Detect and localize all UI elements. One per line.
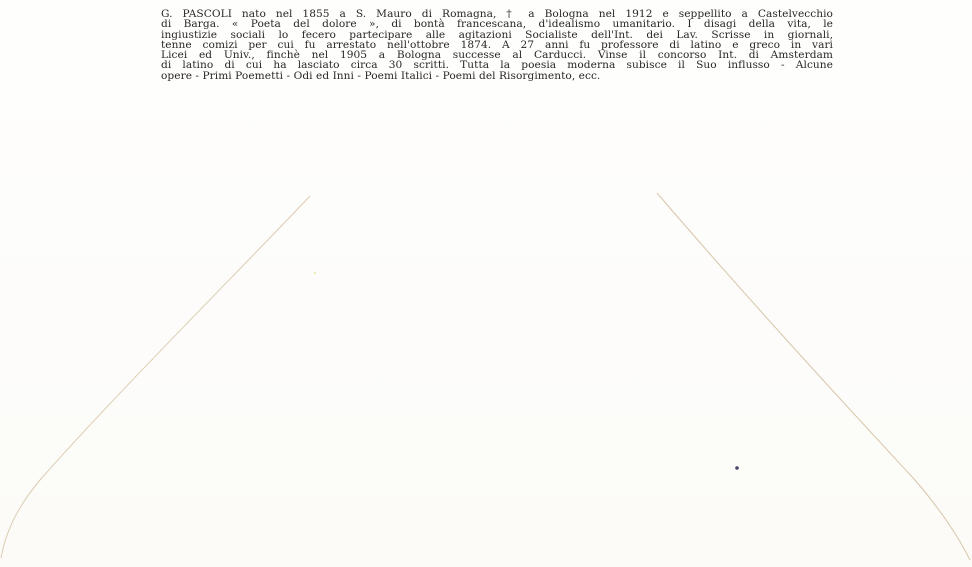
left-flap-edge: [1, 196, 310, 558]
paper-speck: [314, 272, 316, 274]
bio-line: opere - Primi Poemetti - Odi ed Inni - P…: [161, 71, 833, 81]
envelope-back: G. PASCOLI nato nel 1855 a S. Mauro di R…: [0, 0, 972, 567]
ink-spot: [735, 466, 739, 470]
envelope-flap-lines: [0, 0, 972, 567]
biography-text: G. PASCOLI nato nel 1855 a S. Mauro di R…: [161, 9, 833, 81]
right-flap-edge: [657, 193, 970, 560]
